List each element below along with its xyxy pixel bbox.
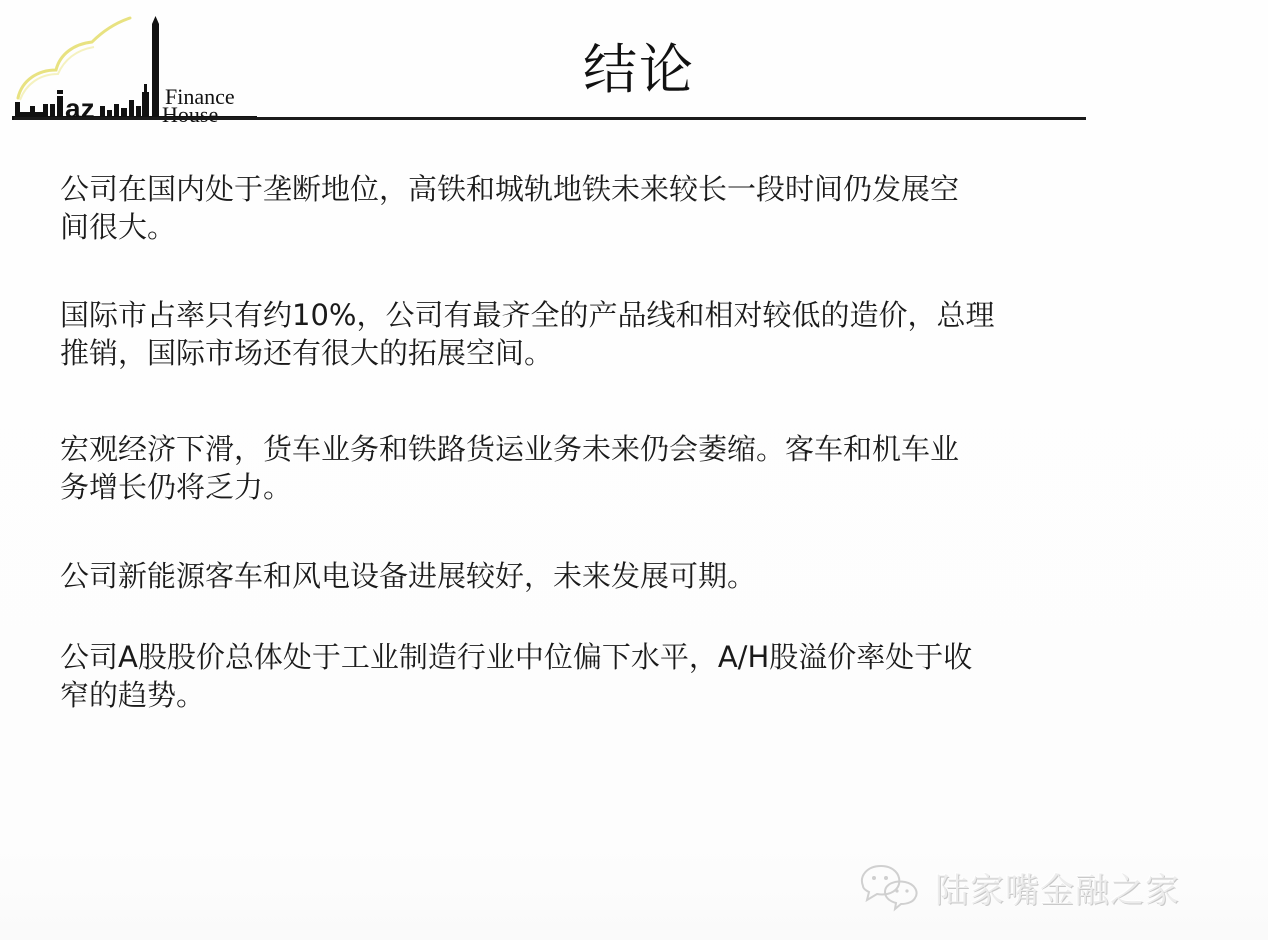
paragraph-line: 公司新能源客车和风电设备进展较好，未来发展可期。: [60, 557, 756, 595]
logo-text-finance: Finance: [165, 86, 235, 108]
wechat-watermark: 陆家嘴金融之家: [855, 862, 1180, 912]
conclusion-paragraph-3: 宏观经济下滑，货车业务和铁路货运业务未来仍会萎缩。客车和机车业 务增长仍将乏力。: [60, 430, 959, 506]
paragraph-line: 务增长仍将乏力。: [60, 468, 959, 506]
paragraph-line: 窄的趋势。: [60, 676, 972, 714]
wechat-icon: [855, 862, 925, 912]
lujiazui-skyline-logo-icon: az: [12, 14, 257, 126]
conclusion-paragraph-1: 公司在国内处于垄断地位，高铁和城轨地铁未来较长一段时间仍发展空 间很大。: [60, 170, 959, 246]
slide: az Finance House 结论 公司在国内处于垄断地位，高铁和城轨地铁未…: [0, 0, 1268, 940]
paragraph-line: 推销，国际市场还有很大的拓展空间。: [60, 334, 994, 372]
title-underline: [14, 117, 1086, 120]
paragraph-line: 公司A股股价总体处于工业制造行业中位偏下水平，A/H股溢价率处于收: [60, 638, 972, 676]
conclusion-paragraph-2: 国际市占率只有约10%，公司有最齐全的产品线和相对较低的造价，总理 推销，国际市…: [60, 296, 994, 372]
paragraph-line: 国际市占率只有约10%，公司有最齐全的产品线和相对较低的造价，总理: [60, 296, 994, 334]
paragraph-line: 间很大。: [60, 208, 959, 246]
conclusion-paragraph-4: 公司新能源客车和风电设备进展较好，未来发展可期。: [60, 557, 756, 595]
paragraph-line: 宏观经济下滑，货车业务和铁路货运业务未来仍会萎缩。客车和机车业: [60, 430, 959, 468]
conclusion-paragraph-5: 公司A股股价总体处于工业制造行业中位偏下水平，A/H股溢价率处于收 窄的趋势。: [60, 638, 972, 714]
paragraph-line: 公司在国内处于垄断地位，高铁和城轨地铁未来较长一段时间仍发展空: [60, 170, 959, 208]
watermark-text: 陆家嘴金融之家: [935, 863, 1180, 912]
slide-title: 结论: [583, 38, 695, 102]
finance-house-logo: az Finance House: [12, 14, 257, 126]
